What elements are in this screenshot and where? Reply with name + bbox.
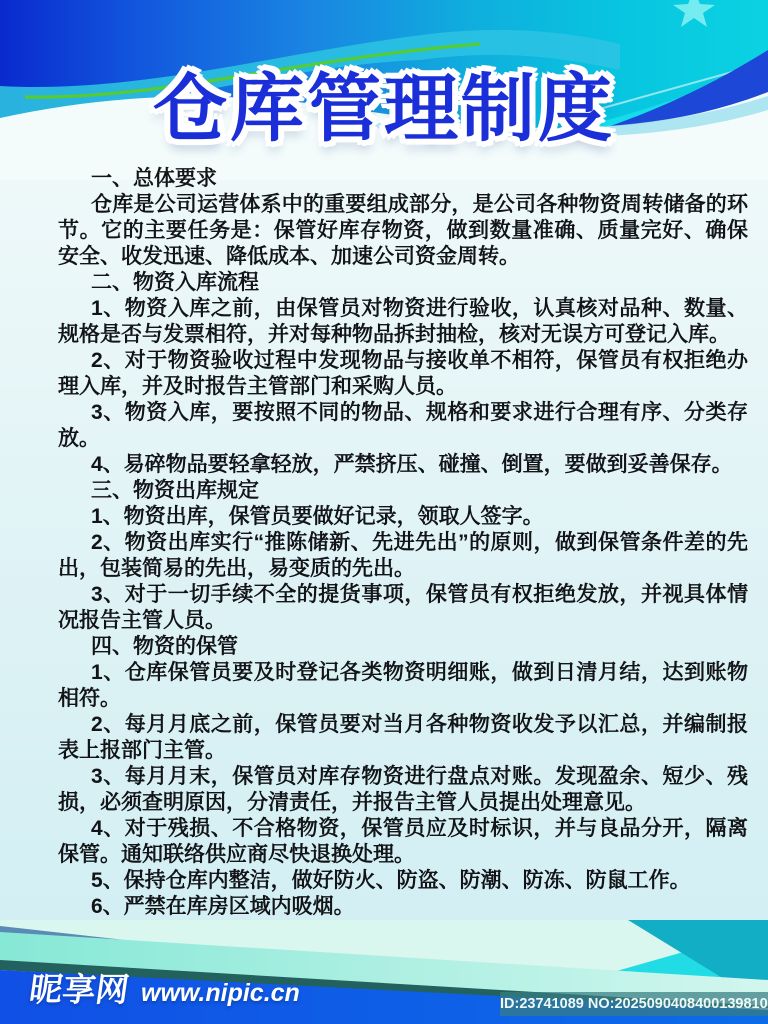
- section-heading: 三、物资出库规定: [58, 478, 748, 504]
- rule-paragraph: 4、对于残损、不合格物资，保管员应及时标识，并与良品分开，隔离保管。通知联络供应…: [58, 816, 748, 868]
- rule-paragraph: 2、每月月底之前，保管员要对当月各种物资收发予以汇总，并编制报表上报部门主管。: [58, 712, 748, 764]
- image-no: NO:20250904084001398109: [588, 996, 768, 1012]
- page-title: 仓库管理制度: [0, 50, 768, 156]
- rule-paragraph: 2、物资出库实行“推陈储新、先进先出”的原则，做到保管条件差的先出，包装简易的先…: [58, 530, 748, 582]
- rules-body: 一、总体要求仓库是公司运营体系中的重要组成部分，是公司各种物资周转储备的环节。它…: [0, 166, 768, 920]
- poster-header: 仓库管理制度: [0, 0, 768, 180]
- rule-paragraph: 3、对于一切手续不全的提货事项，保管员有权拒绝发放，并视具体情况报告主管人员。: [58, 582, 748, 634]
- site-url: www.nipic.cn: [141, 979, 300, 1008]
- rule-paragraph: 3、物资入库，要按照不同的物品、规格和要求进行合理有序、分类存放。: [58, 400, 748, 452]
- rule-paragraph: 1、物资入库之前，由保管员对物资进行验收，认真核对品种、数量、规格是否与发票相符…: [58, 296, 748, 348]
- section-heading: 二、物资入库流程: [58, 270, 748, 296]
- rule-paragraph: 1、仓库保管员要及时登记各类物资明细账，做到日清月结，达到账物相符。: [58, 660, 748, 712]
- rule-paragraph: 1、物资出库，保管员要做好记录，领取人签字。: [58, 504, 748, 530]
- image-id: ID:23741089: [500, 996, 584, 1012]
- watermark-id-badge: ID:23741089 NO:20250904084001398109: [500, 992, 768, 1016]
- rule-paragraph: 4、易碎物品要轻拿轻放，严禁挤压、碰撞、倒置，要做到妥善保存。: [58, 452, 748, 478]
- rule-paragraph: 仓库是公司运营体系中的重要组成部分，是公司各种物资周转储备的环节。它的主要任务是…: [58, 192, 748, 270]
- rule-paragraph: 5、保持仓库内整洁，做好防火、防盗、防潮、防冻、防鼠工作。: [58, 868, 748, 894]
- rule-paragraph: 6、严禁在库房区域内吸烟。: [58, 894, 748, 920]
- section-heading: 一、总体要求: [58, 166, 748, 192]
- rules-sections: 一、总体要求仓库是公司运营体系中的重要组成部分，是公司各种物资周转储备的环节。它…: [58, 166, 748, 920]
- warehouse-rules-poster: 仓库管理制度 一、总体要求仓库是公司运营体系中的重要组成部分，是公司各种物资周转…: [0, 0, 768, 1024]
- site-logo: 昵享网: [27, 964, 133, 1011]
- site-brand: 昵享网 www.nipic.cn: [30, 964, 300, 1011]
- section-heading: 四、物资的保管: [58, 634, 748, 660]
- rule-paragraph: 2、对于物资验收过程中发现物品与接收单不相符，保管员有权拒绝办理入库，并及时报告…: [58, 348, 748, 400]
- rule-paragraph: 3、每月月末，保管员对库存物资进行盘点对账。发现盈余、短少、残损，必须查明原因，…: [58, 764, 748, 816]
- poster-footer: 昵享网 www.nipic.cn ID:23741089 NO:20250904…: [0, 920, 768, 1024]
